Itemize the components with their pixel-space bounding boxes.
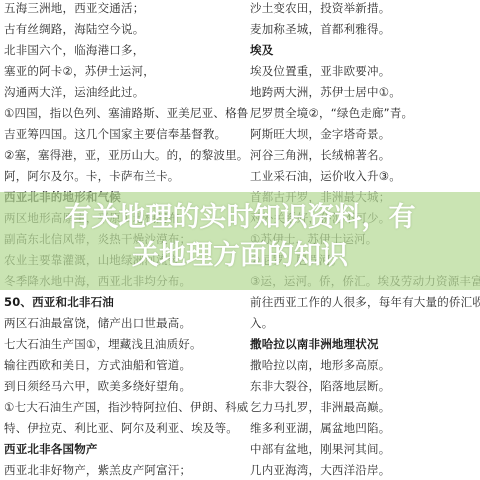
text-line: 五海三洲地，西亚交通活； bbox=[4, 0, 240, 21]
text-line: 地跨两大洲，苏伊士居中①。 bbox=[250, 84, 478, 105]
text-line: 古有丝绸路，海陆空今说。 bbox=[4, 21, 240, 42]
text-line: 阿，阿尔及尔。卡，卡萨布兰卡。 bbox=[4, 168, 240, 189]
section-heading: 撒哈拉以南非洲地理状况 bbox=[250, 336, 478, 357]
text-line: 尼罗贯全境②，“绿色走廊”青。 bbox=[250, 105, 478, 126]
text-line: 工业采石油，运价收入升③。 bbox=[250, 168, 478, 189]
text-line: 沙土变农田，投资举新措。 bbox=[250, 0, 478, 21]
text-line: ①七大石油生产国，指沙特阿拉伯、伊朗、科威 bbox=[4, 399, 240, 420]
text-line: 中部有盆地，刚果河其间。 bbox=[250, 441, 478, 462]
text-line: 到日须经马六甲，欧美多绕好望角。 bbox=[4, 378, 240, 399]
text-line: 沟通两大洋，运油经此过。 bbox=[4, 84, 240, 105]
text-line: 塞亚的阿卡②，苏伊士运河， bbox=[4, 63, 240, 84]
text-line: 维多利亚湖，属盆地凹陷。 bbox=[250, 420, 478, 441]
text-line: ②塞，塞得港，亚，亚历山大。的，的黎波里。 bbox=[4, 147, 240, 168]
text-line: 东非大裂谷，陷落地层断。 bbox=[250, 378, 478, 399]
text-line: 七大石油生产国①，埋藏浅且油质好。 bbox=[4, 336, 240, 357]
text-line: 乞力马扎罗，非洲最高巅。 bbox=[250, 399, 478, 420]
headline-line-1: 有关地理的实时知识资料，有 bbox=[0, 199, 480, 237]
text-line: 入。 bbox=[250, 315, 478, 336]
text-line: 吉亚筹四国。这几个国家主要信奉基督教。 bbox=[4, 126, 240, 147]
text-line: ①四国，指以色列、塞浦路斯、亚美尼亚、格鲁 bbox=[4, 105, 240, 126]
text-line: 两区石油最富饶，储产出口世最高。 bbox=[4, 315, 240, 336]
section-heading: 埃及 bbox=[250, 42, 478, 63]
text-line: 埃及位置重，亚非欧要冲。 bbox=[250, 63, 478, 84]
text-line: 西亚北非好物产，紫羔皮产阿富汗； bbox=[4, 462, 240, 480]
text-line: 阿斯旺大坝，金字塔奇景。 bbox=[250, 126, 478, 147]
text-line: 前往西亚工作的人很多，每年有大量的侨汇收 bbox=[250, 294, 478, 315]
headline-line-2: 关地理方面的知识 bbox=[0, 237, 480, 275]
text-line: 北非国六个，临海港口多， bbox=[4, 42, 240, 63]
text-line: 输往西欧和美日，方式油船和管道。 bbox=[4, 357, 240, 378]
article-headline: 有关地理的实时知识资料，有 关地理方面的知识 bbox=[0, 199, 480, 275]
text-line: 河谷三角洲，长绒棉著名。 bbox=[250, 147, 478, 168]
text-line: 特、伊拉克、利比亚、阿尔及利亚、埃及等。 bbox=[4, 420, 240, 441]
section-heading: 西亚北非各国物产 bbox=[4, 441, 240, 462]
section-heading: 50、西亚和北非石油 bbox=[4, 294, 240, 315]
text-line: 撒哈拉以南，地形多高原。 bbox=[250, 357, 478, 378]
text-line: 麦加称圣城，首都利雅得。 bbox=[250, 21, 478, 42]
text-line: 几内亚海湾，大西洋沿岸。 bbox=[250, 462, 478, 480]
